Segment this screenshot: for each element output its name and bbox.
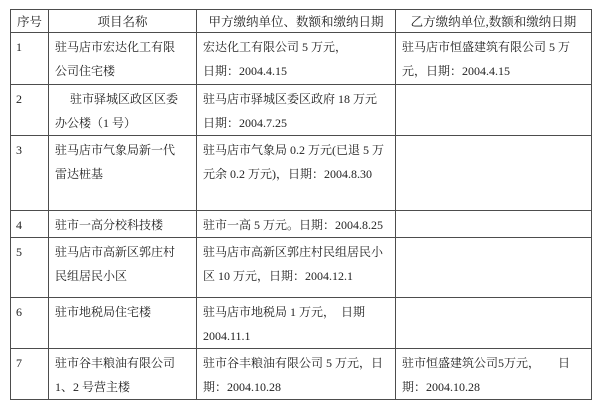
row-number-cell: 6 (11, 298, 49, 349)
table-row: 2 驻市驿城区政区区委 办公楼（1 号） 驻马店市驿城区委区政府 18 万元 日… (11, 85, 592, 136)
header-party-a-payment: 甲方缴纳单位、数额和缴纳日期 (197, 10, 396, 33)
party-a-cell: 驻马店市高新区郭庄村民组居民小 区 10 万元，日期：2004.12.1 (197, 238, 396, 298)
row-number-cell: 1 (11, 33, 49, 85)
party-a-cell: 宏达化工有限公司 5 万元， 日期：2004.4.15 (197, 33, 396, 85)
party-b-cell (396, 298, 592, 349)
project-name-cell: 驻市驿城区政区区委 办公楼（1 号） (49, 85, 197, 136)
party-b-cell: 驻马店市恒盛建筑有限公司 5 万 元，日期：2004.4.15 (396, 33, 592, 85)
row-number-cell: 5 (11, 238, 49, 298)
table-row: 1 驻马店市宏达化工有限 公司住宅楼 宏达化工有限公司 5 万元， 日期：200… (11, 33, 592, 85)
row-number-cell: 4 (11, 211, 49, 238)
party-a-cell: 驻市一高 5 万元。日期：2004.8.25 (197, 211, 396, 238)
row-number-cell: 2 (11, 85, 49, 136)
header-serial-number: 序号 (11, 10, 49, 33)
project-name-cell: 驻马店市宏达化工有限 公司住宅楼 (49, 33, 197, 85)
party-b-cell (396, 211, 592, 238)
header-project-name: 项目名称 (49, 10, 197, 33)
project-name-cell: 驻马店市高新区郭庄村 民组居民小区 (49, 238, 197, 298)
party-b-cell (396, 85, 592, 136)
party-b-cell (396, 238, 592, 298)
table-row: 4 驻市一高分校科技楼 驻市一高 5 万元。日期：2004.8.25 (11, 211, 592, 238)
party-a-cell: 驻马店市气象局 0.2 万元(已退 5 万 元余 0.2 万元)，日期：2004… (197, 136, 396, 211)
header-row: 序号 项目名称 甲方缴纳单位、数额和缴纳日期 乙方缴纳单位,数额和缴纳日期 (11, 10, 592, 33)
row-number-cell: 7 (11, 349, 49, 400)
project-name-cell: 驻市地税局住宅楼 (49, 298, 197, 349)
table-row: 6 驻市地税局住宅楼 驻马店市地税局 1 万元， 日期 2004.11.1 (11, 298, 592, 349)
header-party-b-payment: 乙方缴纳单位,数额和缴纳日期 (396, 10, 592, 33)
document-page: 序号 项目名称 甲方缴纳单位、数额和缴纳日期 乙方缴纳单位,数额和缴纳日期 1 … (0, 0, 600, 401)
table-row: 5 驻马店市高新区郭庄村 民组居民小区 驻马店市高新区郭庄村民组居民小 区 10… (11, 238, 592, 298)
payment-table: 序号 项目名称 甲方缴纳单位、数额和缴纳日期 乙方缴纳单位,数额和缴纳日期 1 … (10, 9, 592, 400)
party-b-cell (396, 136, 592, 211)
project-name-cell: 驻市谷丰粮油有限公司 1、2 号营主楼 (49, 349, 197, 400)
party-a-cell: 驻马店市驿城区委区政府 18 万元 日期：2004.7.25 (197, 85, 396, 136)
party-a-cell: 驻市谷丰粮油有限公司 5 万元，日 期：2004.10.28 (197, 349, 396, 400)
project-name-cell: 驻马店市气象局新一代 雷达桩基 (49, 136, 197, 211)
row-number-cell: 3 (11, 136, 49, 211)
project-name-cell: 驻市一高分校科技楼 (49, 211, 197, 238)
table-row: 7 驻市谷丰粮油有限公司 1、2 号营主楼 驻市谷丰粮油有限公司 5 万元，日 … (11, 349, 592, 400)
party-a-cell: 驻马店市地税局 1 万元， 日期 2004.11.1 (197, 298, 396, 349)
party-b-cell: 驻市恒盛建筑公司5万元， 日 期：2004.10.28 (396, 349, 592, 400)
table-row: 3 驻马店市气象局新一代 雷达桩基 驻马店市气象局 0.2 万元(已退 5 万 … (11, 136, 592, 211)
